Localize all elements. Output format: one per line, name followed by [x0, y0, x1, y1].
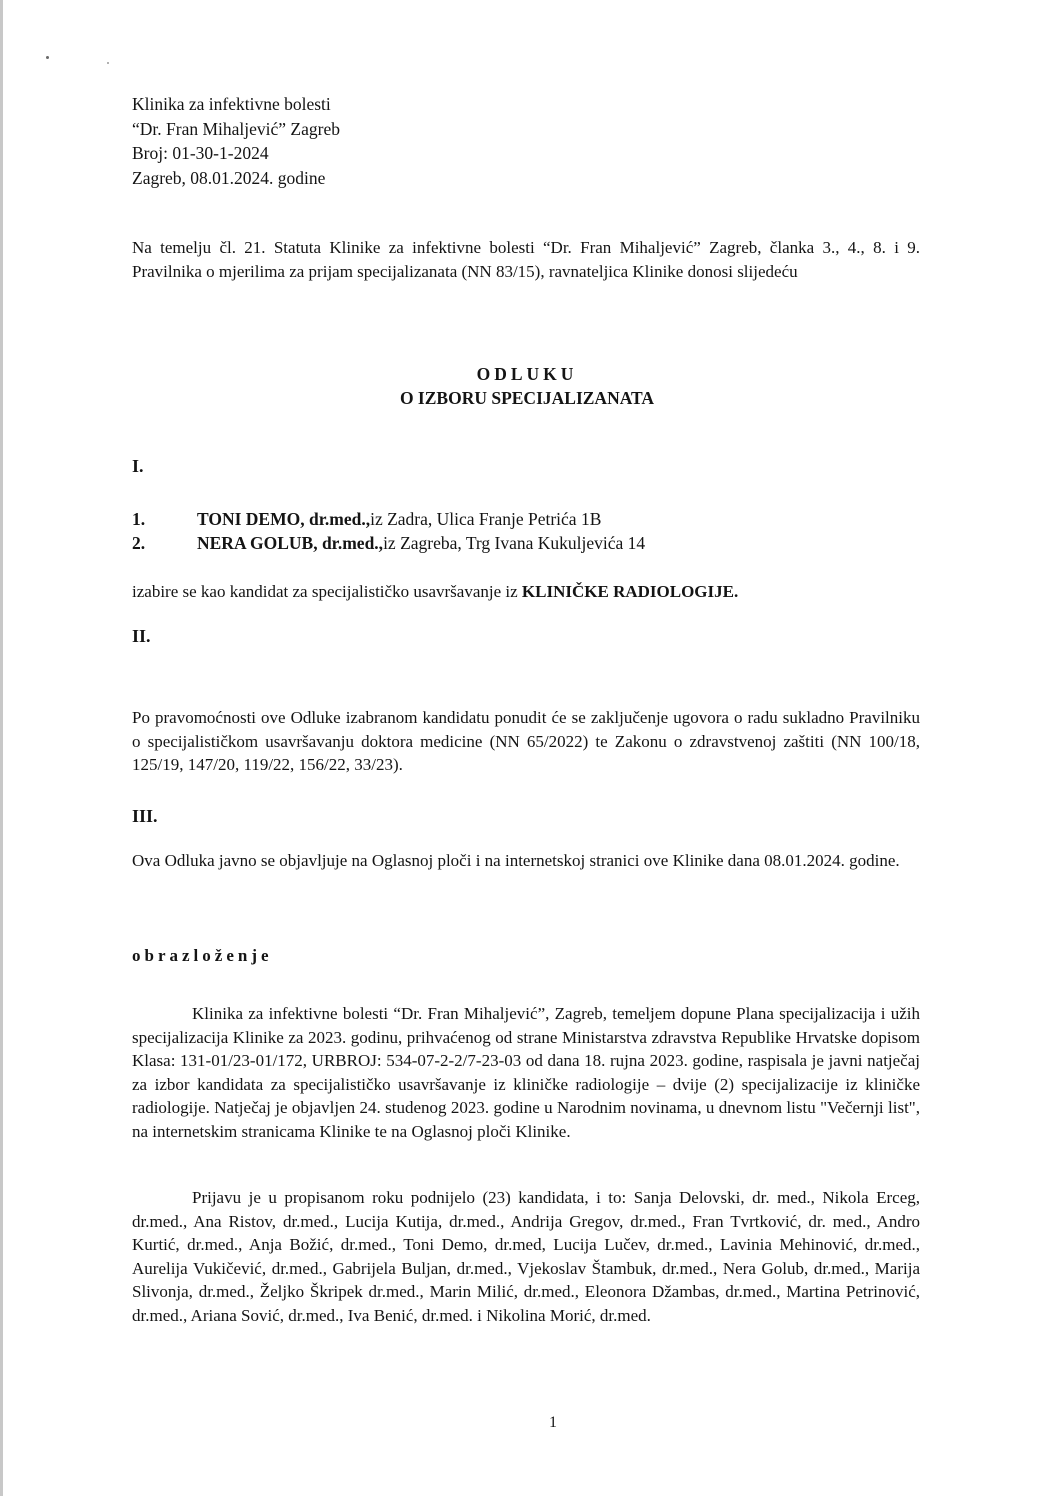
section-numeral-2: II. [132, 626, 151, 647]
list-item: 1. TONI DEMO, dr.med., iz Zadra, Ulica F… [132, 507, 645, 531]
document-title: ODLUKU O IZBORU SPECIJALIZANATA [132, 362, 922, 410]
candidate-details: iz Zagreba, Trg Ivana Kukuljevića 14 [383, 531, 645, 555]
section-3-paragraph: Ova Odluka javno se objavljuje na Oglasn… [132, 849, 920, 873]
selection-text: izabire se kao kandidat za specijalistič… [132, 582, 522, 601]
place-date: Zagreb, 08.01.2024. godine [132, 166, 340, 191]
candidate-number: 1. [132, 507, 197, 531]
reasoning-paragraph-1: Klinika za infektivne bolesti “Dr. Fran … [132, 1002, 920, 1143]
document-header: Klinika za infektivne bolesti “Dr. Fran … [132, 92, 340, 190]
specialty-name: KLINIČKE RADIOLOGIJE. [522, 582, 738, 601]
scan-speck [107, 62, 109, 64]
section-numeral-1: I. [132, 456, 144, 477]
title-main: ODLUKU [132, 362, 922, 386]
list-item: 2. NERA GOLUB, dr.med., iz Zagreba, Trg … [132, 531, 645, 555]
reasoning-heading: obrazloženje [132, 946, 273, 966]
candidate-details: iz Zadra, Ulica Franje Petrića 1B [370, 507, 601, 531]
candidate-number: 2. [132, 531, 197, 555]
candidate-name: NERA GOLUB, dr.med., [197, 531, 383, 555]
reference-number: Broj: 01-30-1-2024 [132, 141, 340, 166]
reasoning-paragraph-2: Prijavu je u propisanom roku podnijelo (… [132, 1186, 920, 1327]
candidate-list: 1. TONI DEMO, dr.med., iz Zadra, Ulica F… [132, 507, 645, 555]
title-subtitle: O IZBORU SPECIJALIZANATA [132, 386, 922, 410]
scan-speck [46, 56, 49, 59]
candidate-name: TONI DEMO, dr.med., [197, 507, 370, 531]
institution-name-2: “Dr. Fran Mihaljević” Zagreb [132, 117, 340, 142]
selection-statement: izabire se kao kandidat za specijalistič… [132, 580, 920, 604]
intro-paragraph: Na temelju čl. 21. Statuta Klinike za in… [132, 236, 920, 283]
section-2-paragraph: Po pravomoćnosti ove Odluke izabranom ka… [132, 706, 920, 777]
page-edge [0, 0, 3, 1496]
section-numeral-3: III. [132, 806, 158, 827]
institution-name: Klinika za infektivne bolesti [132, 92, 340, 117]
page-number: 1 [549, 1414, 557, 1432]
